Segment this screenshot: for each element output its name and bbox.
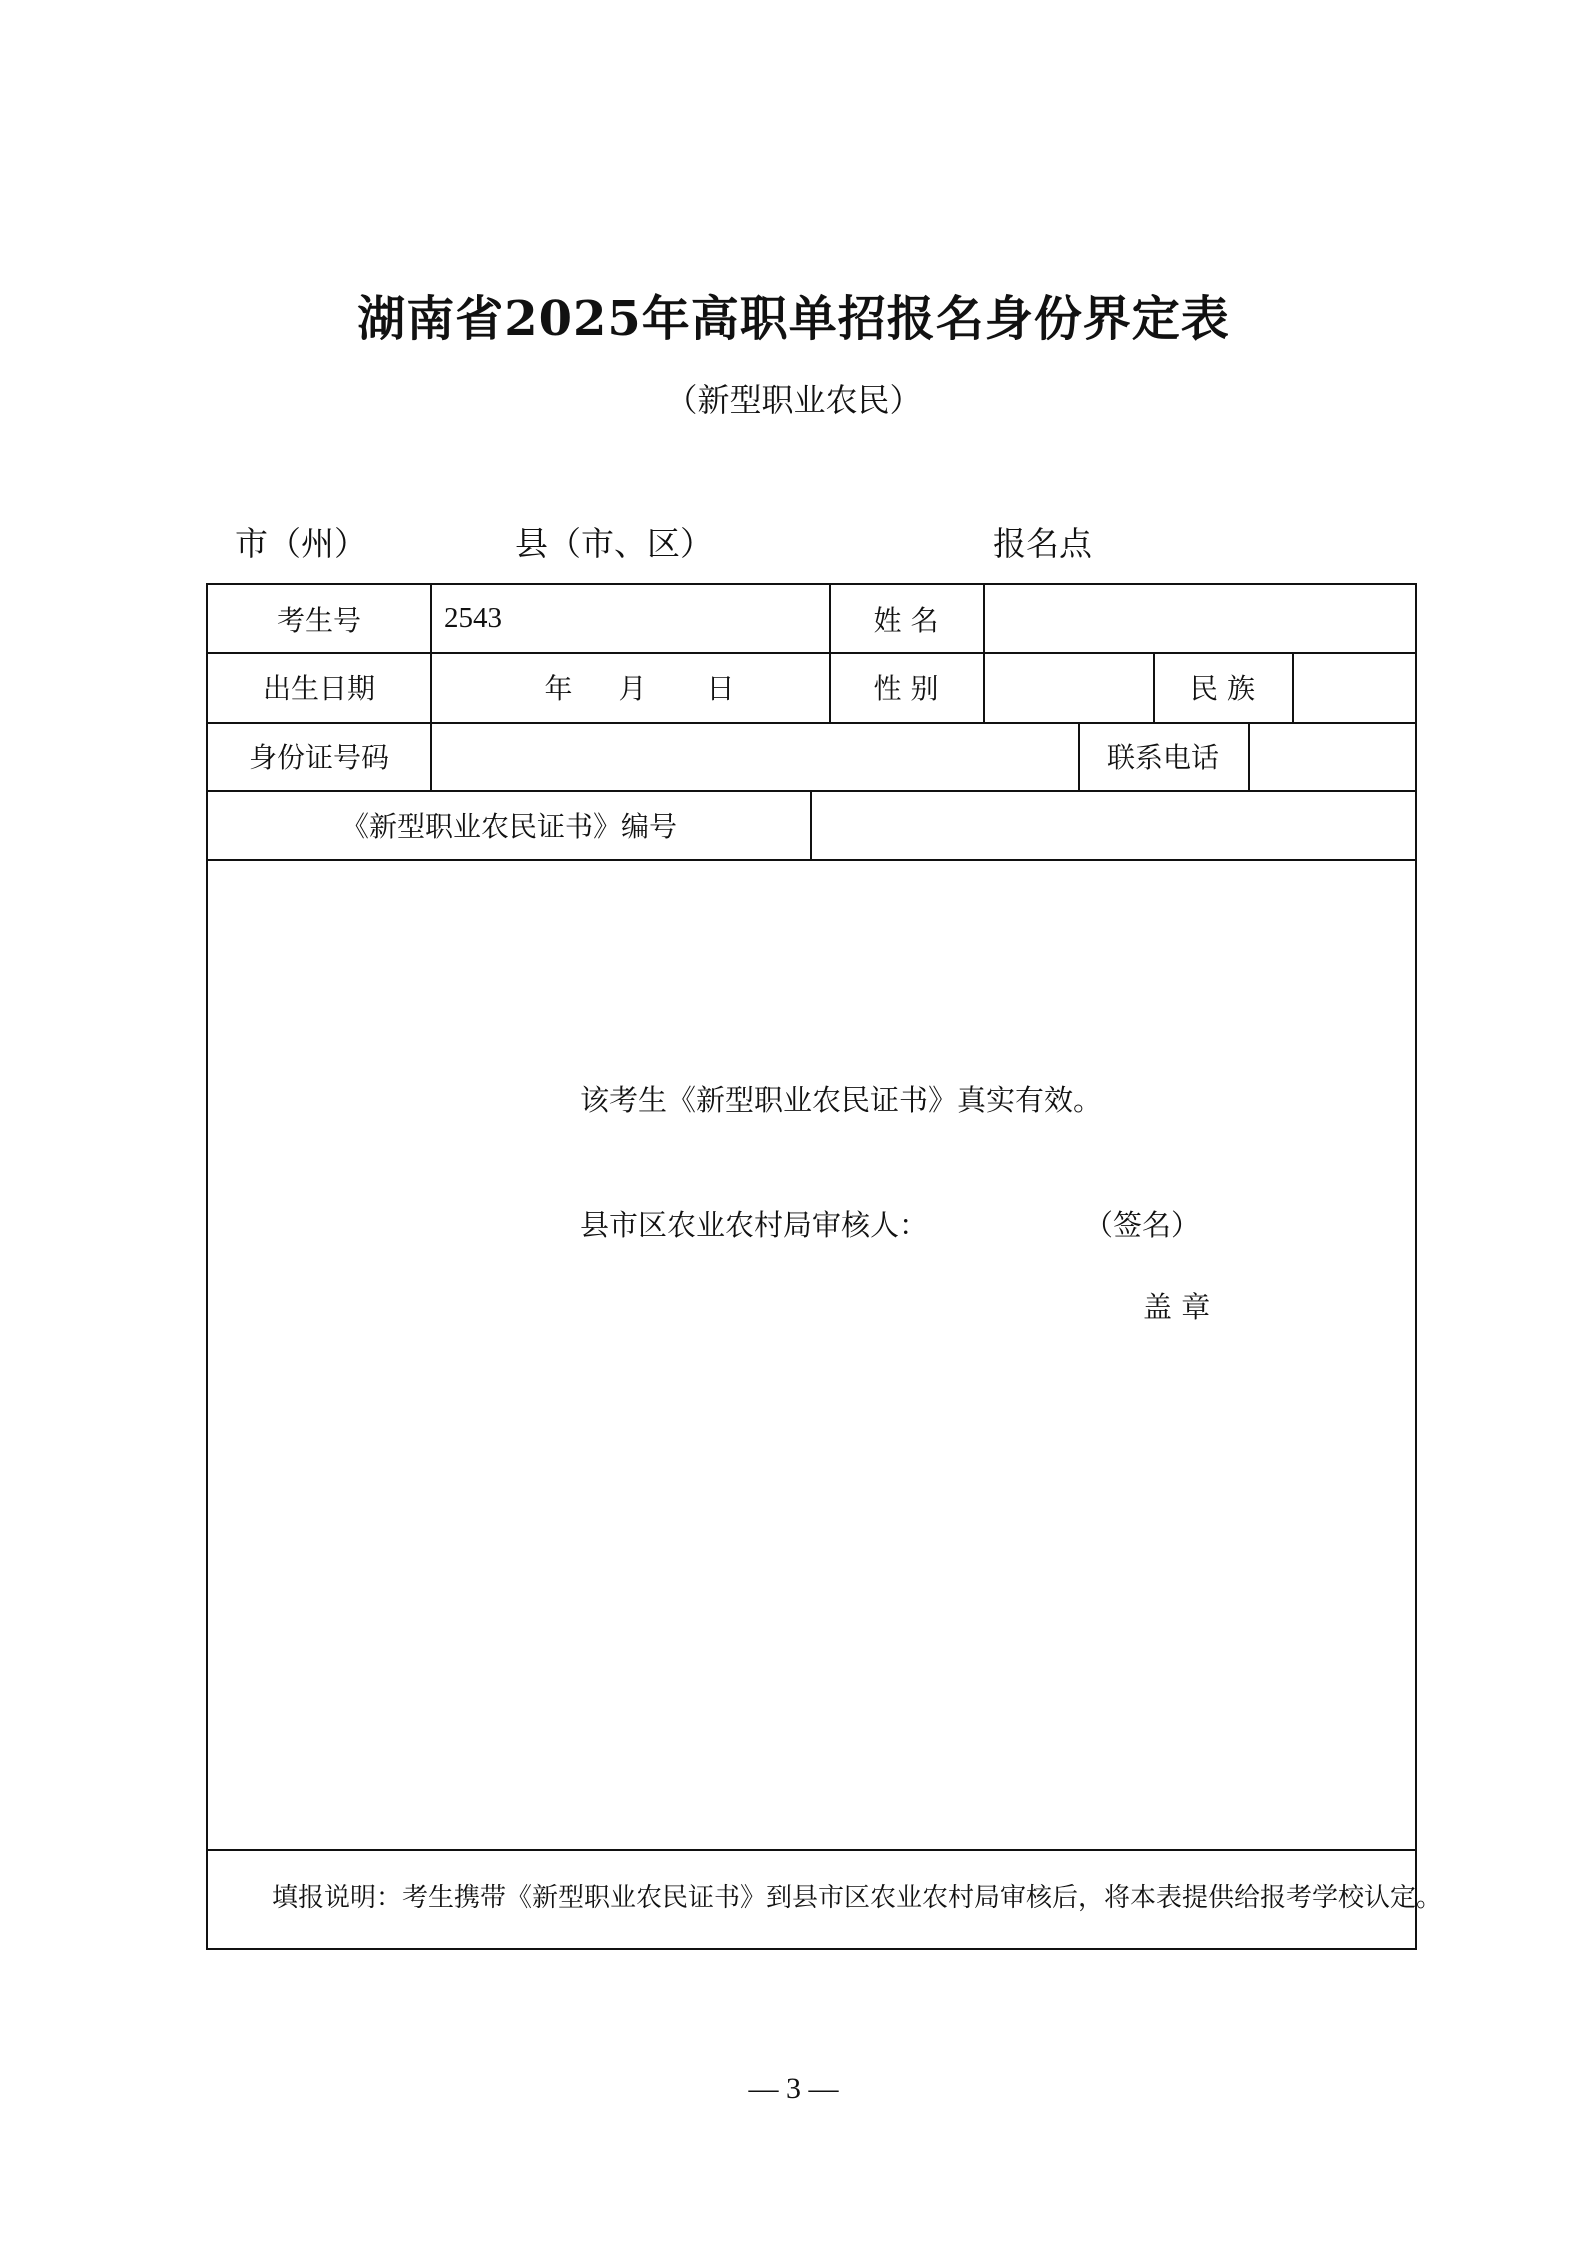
fill-instructions: 填报说明：考生携带《新型职业农民证书》到县市区农业农村局审核后，将本表提供给报考…	[272, 1877, 1442, 1914]
seal-label: 盖 章	[1143, 1285, 1210, 1326]
id-number-field[interactable]	[430, 722, 1078, 790]
gender-label: 性 别	[829, 652, 983, 722]
certificate-number-label: 《新型职业农民证书》编号	[208, 790, 810, 859]
exam-no-field[interactable]: 2543	[430, 585, 829, 652]
name-label: 姓 名	[829, 585, 983, 652]
page-number: — 3 —	[0, 2072, 1587, 2106]
exam-no-value: 2543	[444, 602, 502, 635]
birth-month-unit: 月	[618, 667, 646, 707]
id-number-label: 身份证号码	[208, 722, 430, 790]
birth-date-label-text: 出生日期	[263, 667, 375, 707]
name-field[interactable]	[983, 585, 1415, 652]
identity-form-table: 考生号 2543 姓 名 出生日期 年 月 日 性 别 民 族 身份证号码 联系…	[206, 583, 1417, 1950]
signature-hint: （签名）	[1084, 1203, 1200, 1244]
exam-no-label-text: 考生号	[277, 599, 361, 639]
birth-year-unit: 年	[544, 667, 572, 707]
ethnicity-label-text: 民 族	[1190, 667, 1255, 707]
name-label-text: 姓 名	[874, 599, 939, 639]
exam-no-label: 考生号	[208, 585, 430, 652]
birth-day-unit: 日	[707, 667, 735, 707]
certificate-number-label-text: 《新型职业农民证书》编号	[341, 805, 677, 845]
ethnicity-field[interactable]	[1292, 652, 1415, 722]
phone-label-text: 联系电话	[1107, 736, 1219, 776]
form-subtitle: （新型职业农民）	[0, 375, 1587, 421]
row-divider	[208, 859, 1415, 861]
id-number-label-text: 身份证号码	[249, 736, 389, 776]
reviewer-label: 县市区农业农村局审核人：	[580, 1203, 928, 1244]
gender-label-text: 性 别	[874, 667, 939, 707]
gender-field[interactable]	[983, 652, 1153, 722]
certificate-number-field[interactable]	[810, 790, 1415, 859]
row-divider	[208, 1849, 1415, 1851]
registration-point-label: 报名点	[993, 518, 1092, 565]
verification-statement: 该考生《新型职业农民证书》真实有效。	[580, 1078, 1102, 1119]
form-title: 湖南省2025年高职单招报名身份界定表	[0, 280, 1587, 349]
county-label: 县（市、区）	[515, 518, 713, 565]
birth-date-label: 出生日期	[208, 652, 430, 722]
city-label: 市（州）	[235, 518, 367, 565]
birth-date-field[interactable]: 年 月 日	[430, 652, 829, 722]
ethnicity-label: 民 族	[1153, 652, 1292, 722]
phone-field[interactable]	[1248, 722, 1415, 790]
phone-label: 联系电话	[1078, 722, 1248, 790]
